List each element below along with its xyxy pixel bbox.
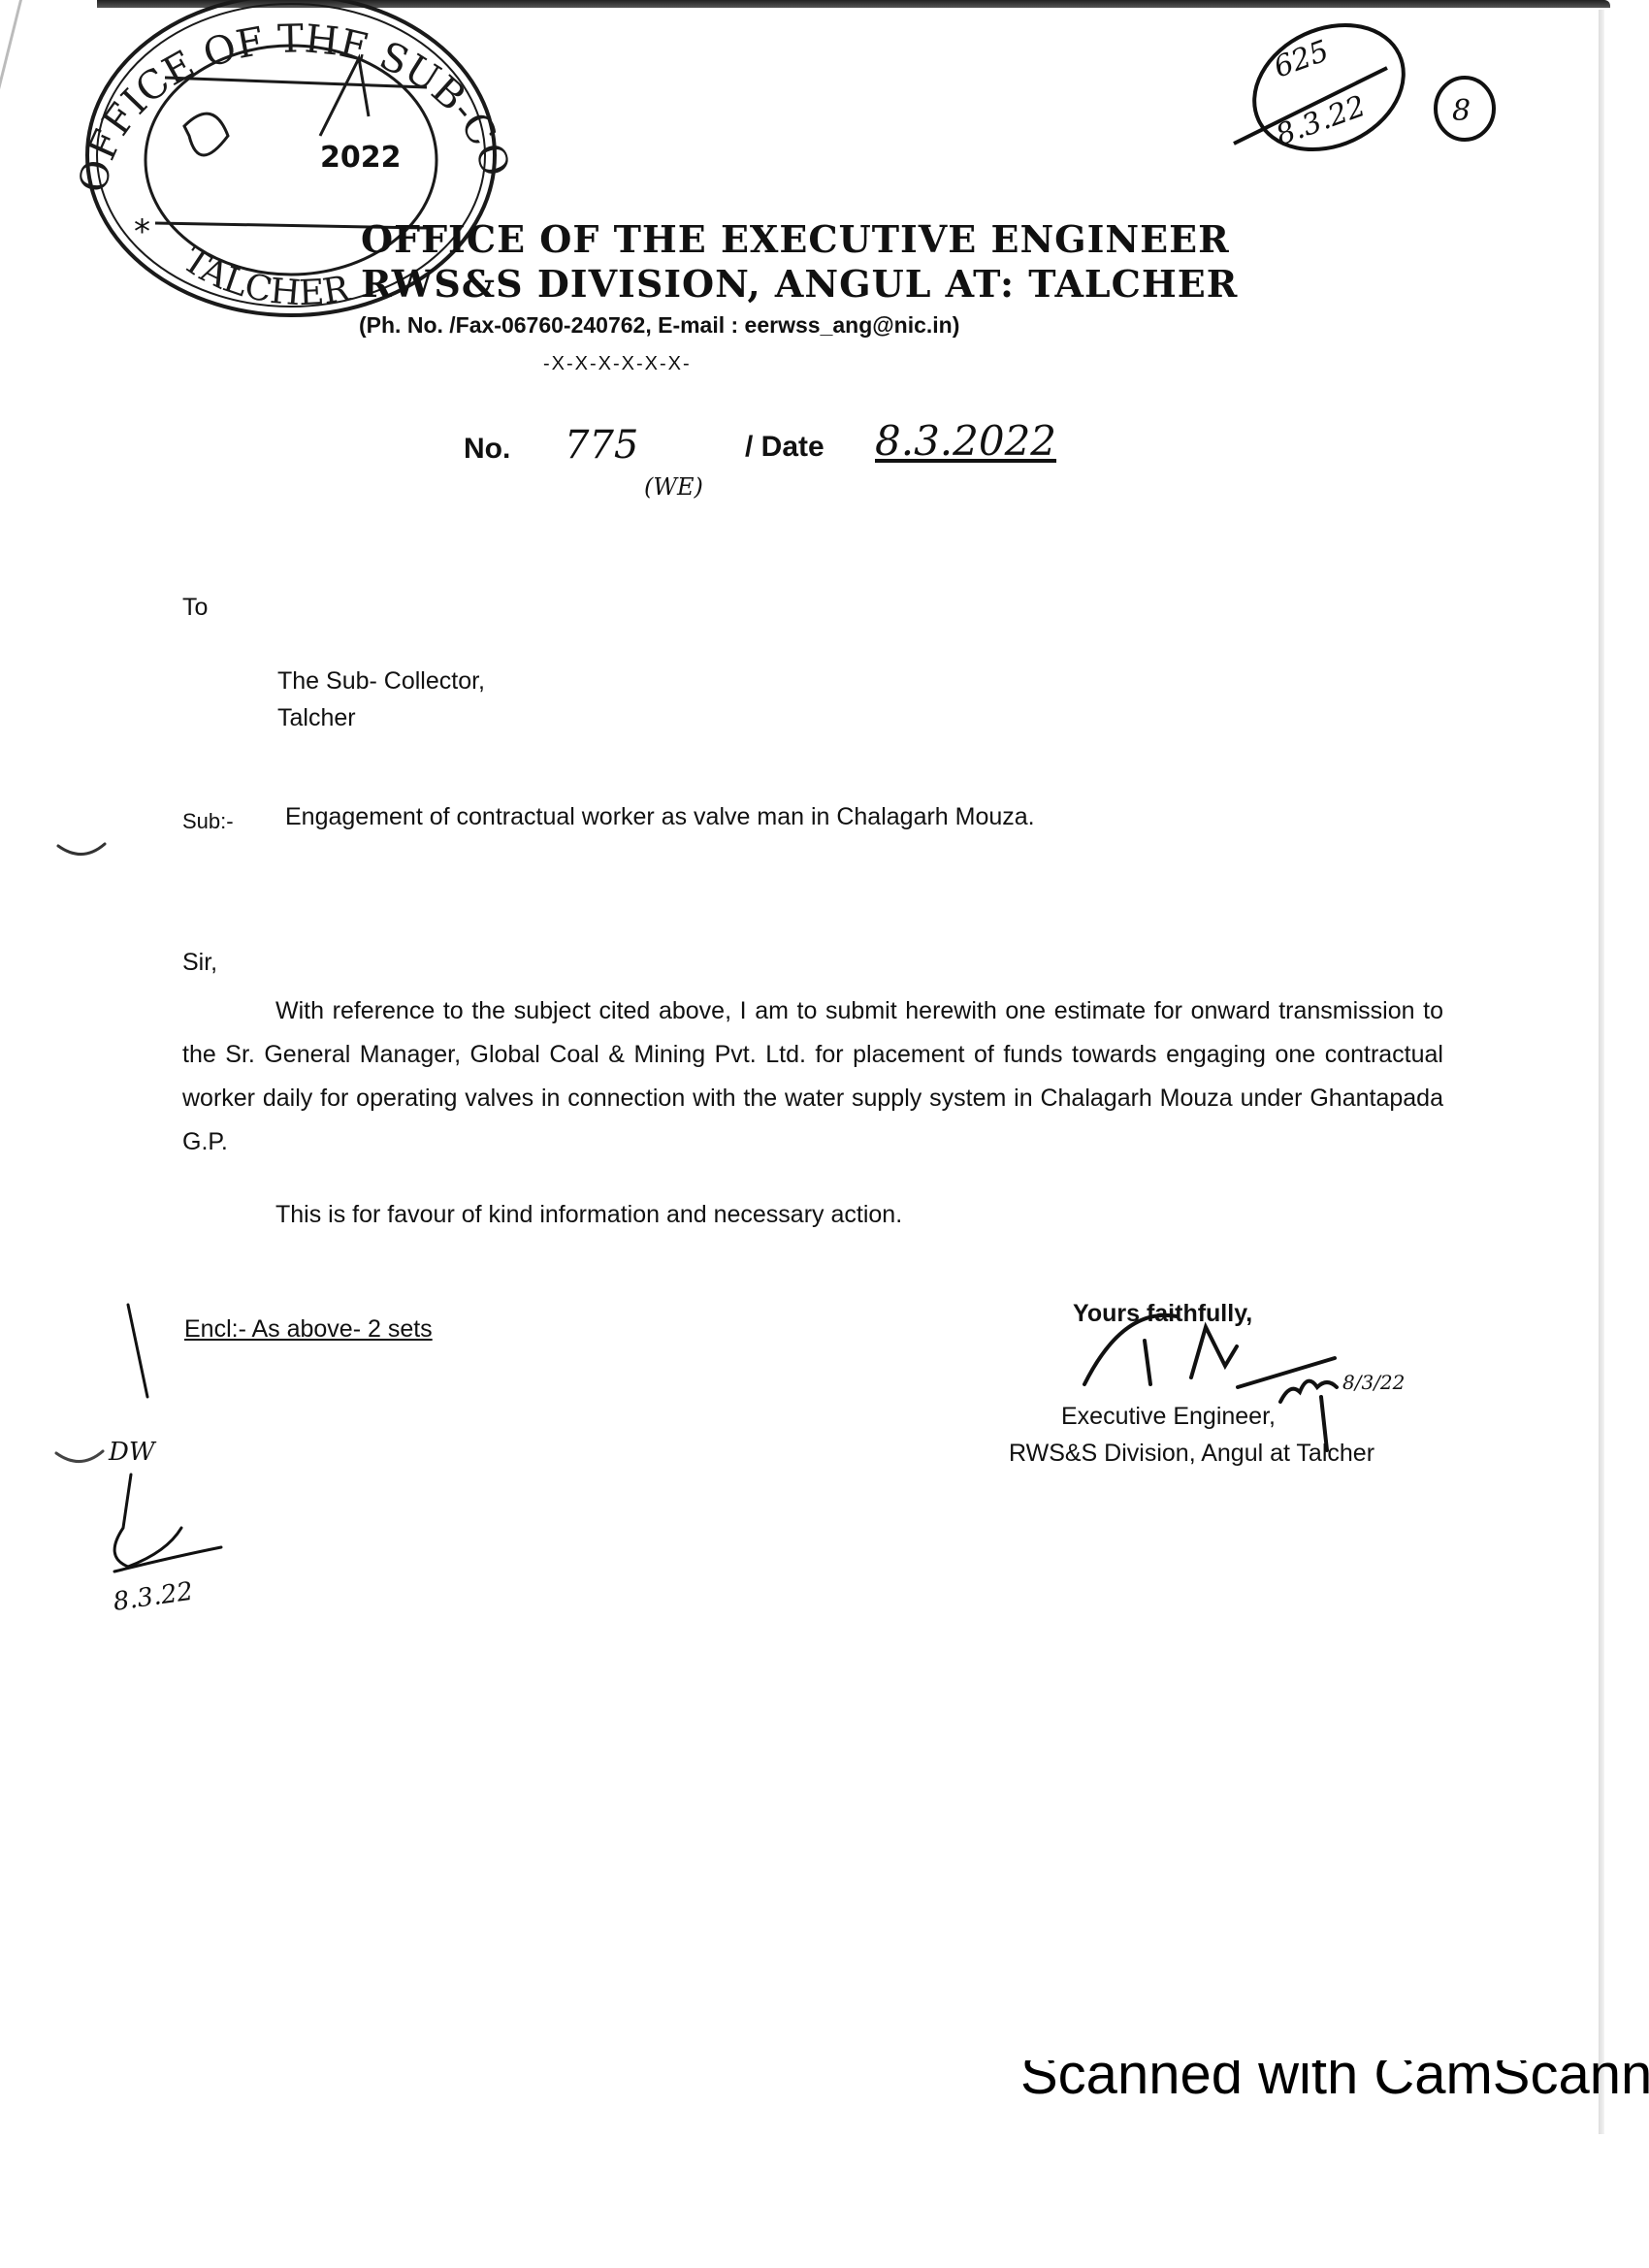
signature-date: 8/3/22 (1342, 1371, 1405, 1394)
body-paragraph-2: This is for favour of kind information a… (275, 1201, 902, 1229)
stamp-ring-bottom-text: TALCHER (176, 241, 353, 314)
enclosure-note: Encl:- As above- 2 sets (184, 1315, 433, 1344)
stamp-ring-top-text: OFFICE OF THE SUB-COLLECTOR (0, 0, 518, 196)
subject-label: Sub:- (182, 809, 234, 834)
signatory-office: RWS&S Division, Angul at Talcher (1009, 1440, 1374, 1468)
signatory-designation: Executive Engineer, (1061, 1403, 1276, 1431)
reference-date: 8.3.2022 (875, 417, 1056, 465)
body-paragraph-1: With reference to the subject cited abov… (182, 989, 1443, 1164)
subject-text: Engagement of contractual worker as valv… (285, 803, 1035, 831)
reference-number-suffix: (WE) (644, 473, 703, 501)
margin-initial-date: 8.3.22 (112, 1577, 195, 1617)
letterhead-separator: -X-X-X-X-X-X- (543, 353, 692, 375)
margin-dw-note: DW (108, 1438, 157, 1467)
letterhead-office: OFFICE OF THE EXECUTIVE ENGINEER (361, 217, 1230, 261)
circled-note: 8 (1452, 94, 1471, 128)
letterhead-contact: (Ph. No. /Fax-06760-240762, E-mail : eer… (359, 312, 959, 339)
salutation: Sir, (182, 949, 217, 977)
reference-date-label: / Date (745, 431, 824, 464)
stamp-year: 2022 (320, 141, 402, 175)
to-label: To (182, 594, 208, 622)
inward-number: 625 (1270, 34, 1334, 84)
reference-number-label: No. (464, 433, 510, 466)
inward-register-mark (1234, 2, 1494, 173)
closing-yours-faithfully: Yours faithfully, (1073, 1300, 1252, 1328)
stamp-star: * (134, 212, 150, 251)
addressee-place: Talcher (277, 704, 356, 732)
letterhead-division: RWS&S DIVISION, ANGUL AT: TALCHER (361, 262, 1238, 306)
scanned-letter-page: OFFICE OF THE SUB-COLLECTOR TALCHER * 20… (0, 0, 1649, 2268)
scanner-watermark: Scanned with CamScanner (1020, 2060, 1649, 2103)
reference-number: 775 (565, 423, 638, 468)
addressee-title: The Sub- Collector, (277, 667, 485, 696)
